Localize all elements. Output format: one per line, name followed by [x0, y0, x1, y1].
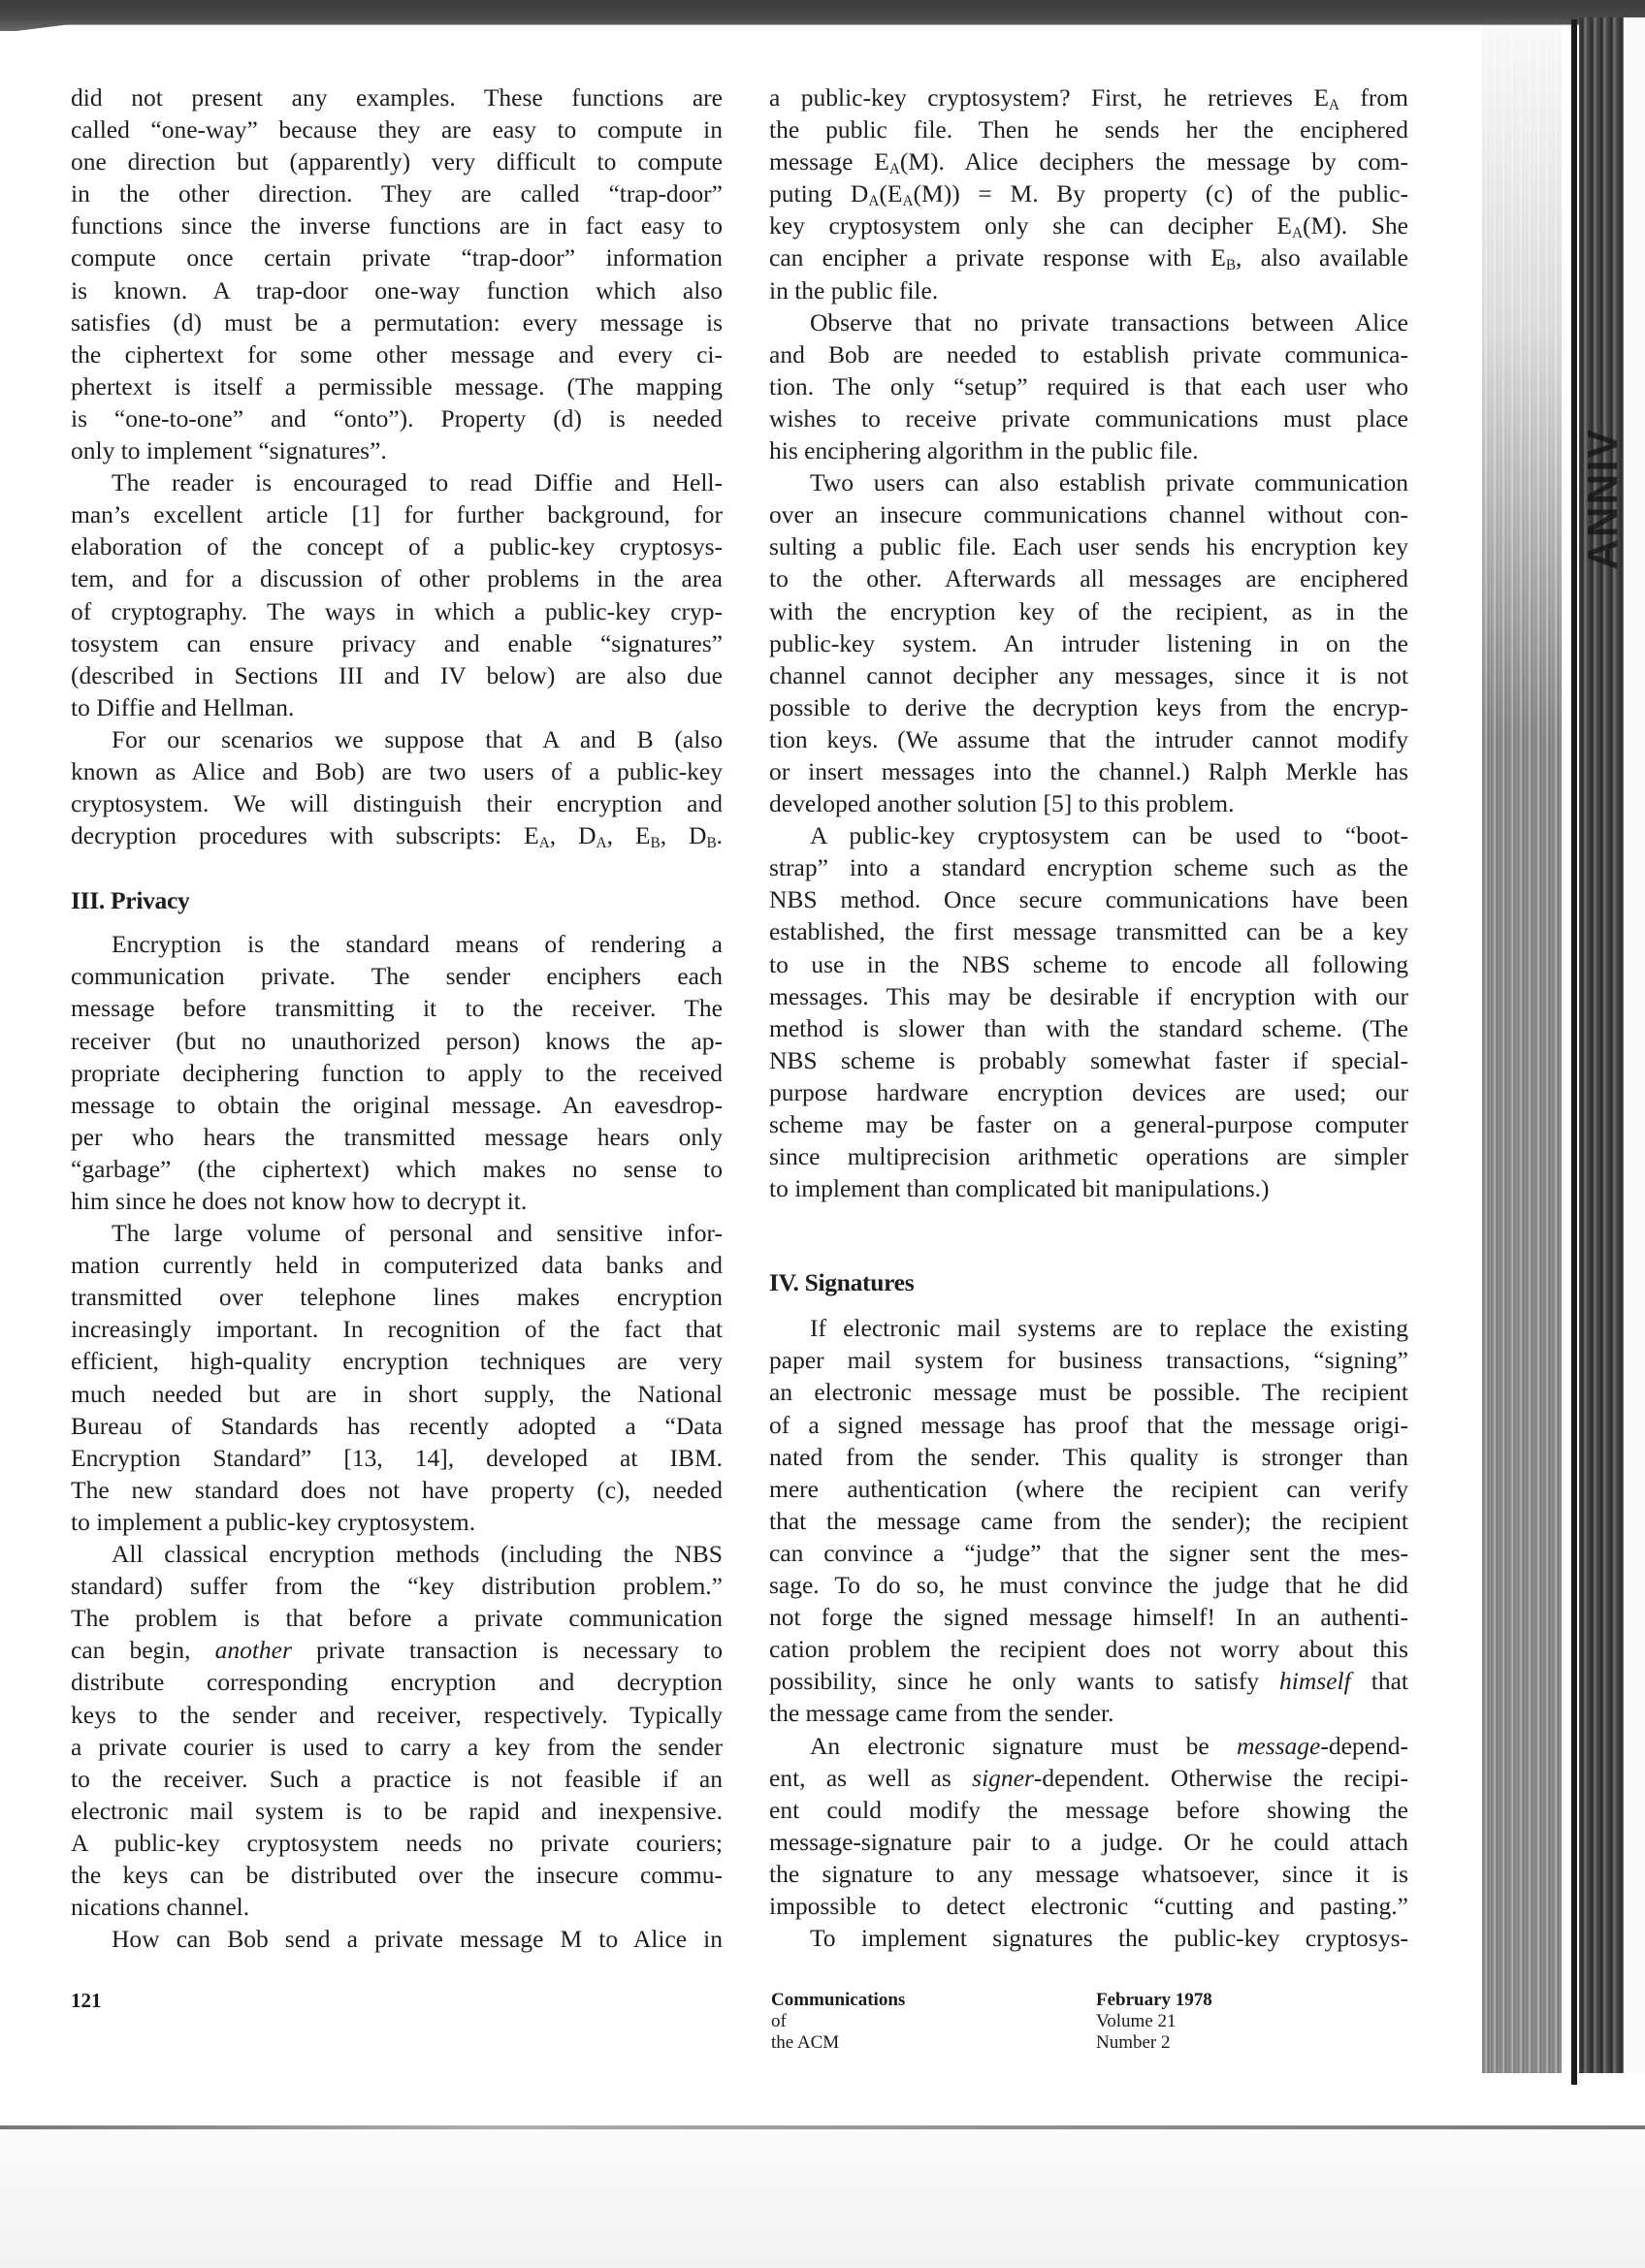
text-line: of cryptography. The ways in which a pub… — [71, 595, 723, 627]
text-line: purpose hardware encryption devices are … — [769, 1076, 1408, 1108]
text-line: did not present any examples. These func… — [71, 81, 723, 113]
text-line: much needed but are in short supply, the… — [71, 1378, 723, 1410]
page-number: 121 — [71, 1990, 102, 2011]
text-line: puting DA(EA(M)) = M. By property (c) of… — [769, 177, 1408, 209]
text-line: ent could modify the message before show… — [769, 1794, 1408, 1826]
journal-line: of — [771, 2011, 905, 2032]
text-line: man’s excellent article [1] for further … — [71, 498, 723, 530]
issue-date: February 1978 — [1096, 1990, 1212, 2011]
text-line: paper mail system for business transacti… — [769, 1344, 1408, 1376]
text-line: message before transmitting it to the re… — [71, 992, 723, 1024]
text-line: messages. This may be desirable if encry… — [769, 980, 1408, 1012]
paragraph-electronic-mail: If electronic mail systems are to replac… — [769, 1312, 1408, 1729]
spacer — [71, 916, 723, 928]
right-column: a public-key cryptosystem? First, he ret… — [769, 81, 1408, 1954]
text-line: (described in Sections III and IV below)… — [71, 659, 723, 691]
text-line: per who hears the transmitted message he… — [71, 1121, 723, 1153]
text-line: key cryptosystem only she can decipher E… — [769, 209, 1408, 241]
issue-info: February 1978 Volume 21 Number 2 — [1096, 1990, 1212, 2054]
binding-edge-line — [1571, 19, 1577, 2085]
text-line: “garbage” (the ciphertext) which makes n… — [71, 1153, 723, 1185]
text-line: cryptosystem. We will distinguish their … — [71, 787, 723, 819]
text-line: to Diffie and Hellman. — [71, 691, 723, 723]
text-line: method is slower than with the standard … — [769, 1012, 1408, 1044]
journal-name: Communications of the ACM — [771, 1990, 905, 2054]
text-line: called “one-way” because they are easy t… — [71, 113, 723, 145]
text-line: tosystem can ensure privacy and enable “… — [71, 627, 723, 659]
text-line: cation problem the recipient does not wo… — [769, 1633, 1408, 1665]
issue-number: Number 2 — [1096, 2032, 1212, 2054]
text-line: to implement a public-key cryptosystem. — [71, 1506, 723, 1538]
text-line: communication private. The sender enciph… — [71, 960, 723, 992]
text-line: scheme may be faster on a general-purpos… — [769, 1108, 1408, 1140]
text-line: in the public file. — [769, 274, 1408, 306]
text-line: How can Bob send a private message M to … — [71, 1923, 723, 1955]
text-line: to the other. Afterwards all messages ar… — [769, 562, 1408, 594]
paragraph-alice-bob: For our scenarios we suppose that A and … — [71, 723, 723, 851]
text-line: NBS scheme is probably somewhat faster i… — [769, 1044, 1408, 1076]
text-line: developed another solution [5] to this p… — [769, 787, 1408, 819]
text-line: functions since the inverse functions ar… — [71, 209, 723, 241]
text-line: the keys can be distributed over the ins… — [71, 1859, 723, 1891]
text-line: that the message came from the sender); … — [769, 1505, 1408, 1537]
left-column: did not present any examples. These func… — [71, 81, 723, 1955]
text-line: To implement signatures the public-key c… — [769, 1922, 1408, 1954]
text-line: is “one-to-one” and “onto”). Property (d… — [71, 402, 723, 434]
section-heading-privacy: III. Privacy — [71, 884, 723, 916]
text-line: public-key system. An intruder listening… — [769, 627, 1408, 659]
text-line: propriate deciphering function to apply … — [71, 1057, 723, 1089]
text-line: an electronic message must be possible. … — [769, 1376, 1408, 1408]
text-line: mation currently held in computerized da… — [71, 1249, 723, 1281]
section-heading-signatures: IV. Signatures — [769, 1266, 1408, 1298]
text-line: For our scenarios we suppose that A and … — [71, 723, 723, 755]
text-line: a public-key cryptosystem? First, he ret… — [769, 81, 1408, 113]
text-line: message to obtain the original message. … — [71, 1089, 723, 1121]
binding-spine — [1579, 17, 1624, 2073]
paragraph-one-way-functions: did not present any examples. These func… — [71, 81, 723, 466]
paragraph-message-dependent: An electronic signature must be message-… — [769, 1730, 1408, 1923]
journal-line: the ACM — [771, 2032, 905, 2054]
text-line: channel cannot decipher any messages, si… — [769, 659, 1408, 691]
scan-bottom-margin — [0, 2129, 1645, 2268]
text-line: only to implement “signatures”. — [71, 434, 723, 466]
text-line: A public-key cryptosystem can be used to… — [769, 819, 1408, 851]
paragraph-public-key-retrieval: a public-key cryptosystem? First, he ret… — [769, 81, 1408, 306]
text-line: the signature to any message whatsoever,… — [769, 1858, 1408, 1890]
text-line: nications channel. — [71, 1891, 723, 1923]
text-line: All classical encryption methods (includ… — [71, 1538, 723, 1570]
text-line-italic: ent, as well as signer-dependent. Otherw… — [769, 1762, 1408, 1794]
text-line: compute once certain private “trap-door”… — [71, 241, 723, 273]
text-line: The large volume of personal and sensiti… — [71, 1217, 723, 1249]
text-line: tem, and for a discussion of other probl… — [71, 562, 723, 594]
text-line: increasingly important. In recognition o… — [71, 1313, 723, 1345]
text-line: sage. To do so, he must convince the jud… — [769, 1569, 1408, 1601]
text-line: standard) suffer from the “key distribut… — [71, 1570, 723, 1602]
paragraph-key-distribution: All classical encryption methods (includ… — [71, 1538, 723, 1923]
paragraph-no-private-transactions: Observe that no private transactions bet… — [769, 306, 1408, 466]
text-line: since multiprecision arithmetic operatio… — [769, 1140, 1408, 1172]
text-line-subscripts: decryption procedures with subscripts: E… — [71, 819, 723, 851]
spacer — [71, 851, 723, 884]
text-line: Two users can also establish private com… — [769, 466, 1408, 498]
text-line: known as Alice and Bob) are two users of… — [71, 755, 723, 787]
text-line: NBS method. Once secure communications h… — [769, 883, 1408, 915]
text-line: mere authentication (where the recipient… — [769, 1473, 1408, 1505]
text-line-italic: possibility, since he only wants to sati… — [769, 1665, 1408, 1697]
text-line: the message came from the sender. — [769, 1697, 1408, 1729]
text-line: receiver (but no unauthorized person) kn… — [71, 1025, 723, 1057]
issue-volume: Volume 21 — [1096, 2011, 1212, 2032]
spine-label: ANNIV — [1579, 373, 1624, 625]
text-line: of a signed message has proof that the m… — [769, 1409, 1408, 1441]
text-line: message EA(M). Alice deciphers the messa… — [769, 145, 1408, 177]
text-line: strap” into a standard encryption scheme… — [769, 851, 1408, 883]
text-line: his enciphering algorithm in the public … — [769, 434, 1408, 466]
text-line: The problem is that before a private com… — [71, 1602, 723, 1634]
scan-top-shadow — [0, 0, 1645, 31]
text-line: impossible to detect electronic “cutting… — [769, 1890, 1408, 1922]
binding-shadow — [1482, 17, 1562, 2073]
text-line: message-signature pair to a judge. Or he… — [769, 1826, 1408, 1858]
binding-margin — [1624, 17, 1645, 2073]
paragraph-insecure-channel: Two users can also establish private com… — [769, 466, 1408, 819]
text-line: him since he does not know how to decryp… — [71, 1185, 723, 1217]
text-line: to implement than complicated bit manipu… — [769, 1172, 1408, 1204]
text-line: a private courier is used to carry a key… — [71, 1731, 723, 1763]
text-line: over an insecure communications channel … — [769, 498, 1408, 530]
text-line: with the encryption key of the recipient… — [769, 595, 1408, 627]
text-line-italic: An electronic signature must be message-… — [769, 1730, 1408, 1762]
paragraph-diffie-hellman: The reader is encouraged to read Diffie … — [71, 466, 723, 723]
text-line: possible to derive the decryption keys f… — [769, 691, 1408, 723]
paragraph-encryption: Encryption is the standard means of rend… — [71, 928, 723, 1217]
spacer — [769, 1204, 1408, 1266]
text-line-italic: can begin, another private transaction i… — [71, 1634, 723, 1666]
text-line: not forge the signed message himself! In… — [769, 1601, 1408, 1633]
text-line: efficient, high-quality encryption techn… — [71, 1345, 723, 1377]
text-line: phertext is itself a permissible message… — [71, 370, 723, 402]
paragraph-bob-sends: How can Bob send a private message M to … — [71, 1923, 723, 1955]
text-line: in the other direction. They are called … — [71, 177, 723, 209]
text-line: elaboration of the concept of a public-k… — [71, 530, 723, 562]
text-line: can encipher a private response with EB,… — [769, 241, 1408, 273]
text-line: Bureau of Standards has recently adopted… — [71, 1410, 723, 1442]
text-line: tion. The only “setup” required is that … — [769, 370, 1408, 402]
text-line: The reader is encouraged to read Diffie … — [71, 466, 723, 498]
text-line: The new standard does not have property … — [71, 1474, 723, 1506]
text-line: satisfies (d) must be a permutation: eve… — [71, 306, 723, 338]
text-line: the public file. Then he sends her the e… — [769, 113, 1408, 145]
text-line: to use in the NBS scheme to encode all f… — [769, 948, 1408, 980]
text-line: sulting a public file. Each user sends h… — [769, 530, 1408, 562]
paragraph-implement-signatures: To implement signatures the public-key c… — [769, 1922, 1408, 1954]
text-line: A public-key cryptosystem needs no priva… — [71, 1827, 723, 1859]
text-line: If electronic mail systems are to replac… — [769, 1312, 1408, 1344]
spacer — [769, 1298, 1408, 1312]
text-line: Encryption is the standard means of rend… — [71, 928, 723, 960]
text-line: electronic mail system is to be rapid an… — [71, 1795, 723, 1827]
text-line: keys to the sender and receiver, respect… — [71, 1699, 723, 1731]
text-line: can convince a “judge” that the signer s… — [769, 1537, 1408, 1569]
text-line: one direction but (apparently) very diff… — [71, 145, 723, 177]
text-line: established, the first message transmitt… — [769, 915, 1408, 947]
text-line: nated from the sender. This quality is s… — [769, 1441, 1408, 1473]
text-line: or insert messages into the channel.) Ra… — [769, 755, 1408, 787]
text-line: tion keys. (We assume that the intruder … — [769, 723, 1408, 755]
text-line: Observe that no private transactions bet… — [769, 306, 1408, 338]
text-line: to the receiver. Such a practice is not … — [71, 1763, 723, 1795]
text-line: distribute corresponding encryption and … — [71, 1666, 723, 1698]
text-line: is known. A trap-door one-way function w… — [71, 274, 723, 306]
text-line: the ciphertext for some other message an… — [71, 338, 723, 370]
text-line: and Bob are needed to establish private … — [769, 338, 1408, 370]
text-line: transmitted over telephone lines makes e… — [71, 1281, 723, 1313]
journal-line: Communications — [771, 1990, 905, 2011]
text-line: Encryption Standard” [13, 14], developed… — [71, 1442, 723, 1474]
text-line: wishes to receive private communications… — [769, 402, 1408, 434]
paragraph-data-banks: The large volume of personal and sensiti… — [71, 1217, 723, 1538]
paragraph-bootstrap: A public-key cryptosystem can be used to… — [769, 819, 1408, 1204]
